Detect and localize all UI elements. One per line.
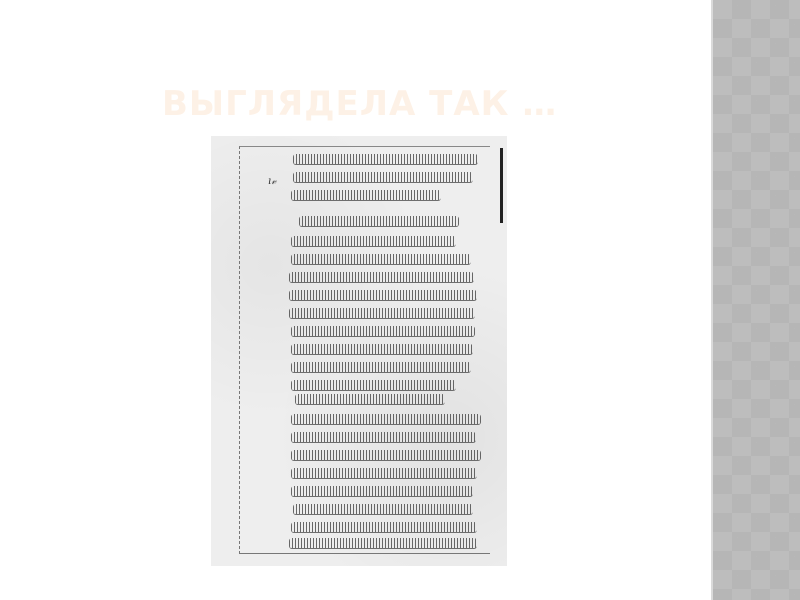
handwriting-line — [293, 154, 478, 165]
handwriting-line — [291, 432, 476, 443]
handwriting-line — [293, 504, 473, 515]
handwriting-line — [295, 394, 445, 405]
manuscript-edge-mark — [500, 148, 503, 223]
handwriting-line — [291, 380, 456, 391]
handwriting-line — [291, 190, 441, 201]
handwriting-line — [291, 326, 475, 337]
handwriting-line — [289, 272, 474, 283]
handwriting-line — [299, 216, 459, 227]
handwriting-line — [291, 522, 477, 533]
handwriting-line — [289, 290, 477, 301]
handwriting-line — [289, 308, 475, 319]
handwriting-line — [291, 344, 473, 355]
handwriting-line — [289, 538, 477, 549]
handwriting-line — [291, 468, 477, 479]
handwriting-line — [291, 362, 471, 373]
handwriting-line — [291, 254, 471, 265]
manuscript-margin-note: ı𝓋 — [268, 176, 276, 187]
handwriting-line — [291, 236, 456, 247]
handwriting-line — [291, 450, 481, 461]
manuscript-image: ı𝓋 — [211, 136, 507, 566]
slide-title: ВЫГЛЯДЕЛА ТАК … — [162, 84, 557, 124]
presentation-slide: ВЫГЛЯДЕЛА ТАК … ı𝓋 — [0, 0, 800, 600]
handwriting-line — [291, 414, 481, 425]
handwriting-line — [291, 486, 473, 497]
decorative-side-panel — [713, 0, 800, 600]
handwriting-line — [293, 172, 473, 183]
